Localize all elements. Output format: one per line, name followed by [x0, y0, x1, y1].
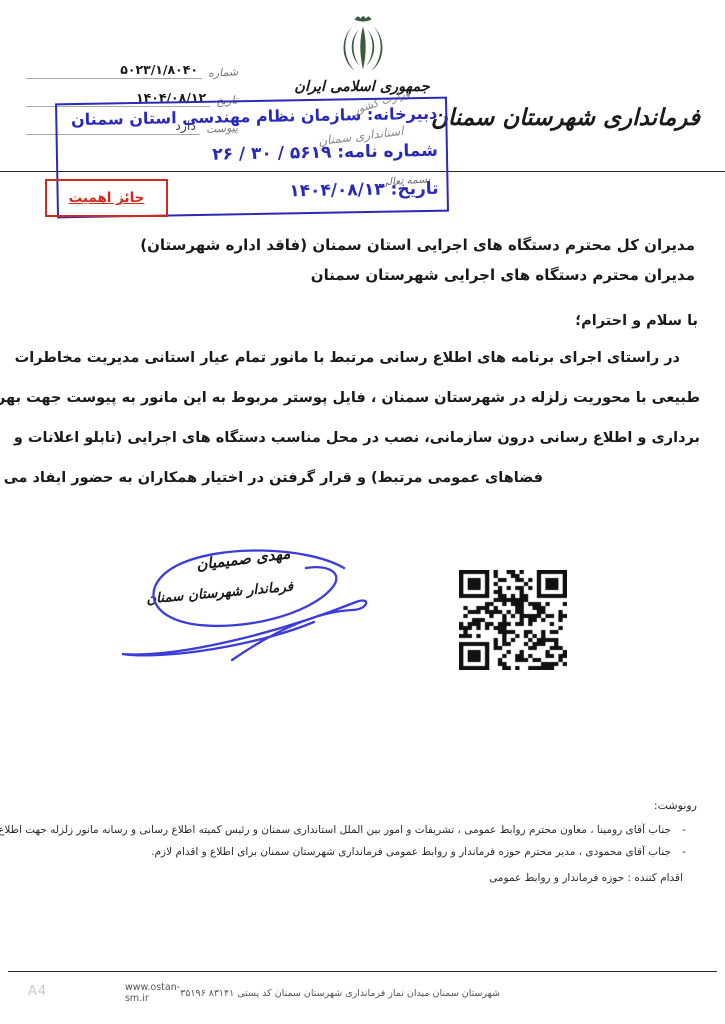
stamp-secretariat-line: دبیرخانه: سازمان نظام مهندسی استان سمنان [63, 104, 437, 130]
recipient-line-2: مدیران محترم دستگاه های اجرایی شهرستان س… [140, 260, 695, 290]
handwritten-signature-icon [106, 540, 378, 668]
emblem-caption: جمهوری اسلامی ایران [262, 78, 462, 95]
body-line-2: طبیعی با محوریت زلزله در شهرستان سمنان ،… [28, 378, 700, 418]
cc-bullet: - [671, 819, 697, 841]
cc-heading: رونوشت: [55, 799, 697, 812]
recipients-block: مدیران کل محترم دستگاه های اجرایی استان … [140, 230, 695, 290]
org-title: فرمانداری شهرستان سمنان [431, 104, 700, 131]
footer-address: شهرستان سمنان میدان نماز فرمانداری شهرست… [180, 988, 500, 999]
letter-body: در راستای اجرای برنامه های اطلاع رسانی م… [28, 338, 700, 498]
body-line-1: در راستای اجرای برنامه های اطلاع رسانی م… [28, 338, 700, 378]
cc-item-1: - جناب آقای رومینا ، معاون محترم روابط ع… [55, 819, 697, 841]
importance-badge-text: حائز اهمیت [69, 190, 145, 206]
recipient-line-1: مدیران کل محترم دستگاه های اجرایی استان … [140, 230, 695, 260]
cc-section: رونوشت: - جناب آقای رومینا ، معاون محترم… [55, 799, 697, 863]
salutation: با سلام و احترام؛ [575, 313, 698, 329]
qr-code [459, 570, 567, 670]
field-row-number: شماره ۵۰۲۳/۱/۸۰۴۰ [26, 62, 238, 79]
footer-divider-line [8, 971, 717, 972]
iran-emblem-icon [330, 12, 396, 78]
footer-website: www.ostan-sm.ir [125, 982, 180, 1004]
cc-bullet: - [671, 841, 697, 863]
number-label: شماره [208, 65, 239, 80]
cc-item-1-text: جناب آقای رومینا ، معاون محترم روابط عمو… [0, 819, 671, 841]
number-value: ۵۰۲۳/۱/۸۰۴۰ [26, 62, 202, 79]
importance-badge: حائز اهمیت [45, 179, 168, 217]
body-line-4: فضاهای عمومی مرتبط) و قرار گرفتن در اختی… [28, 458, 700, 498]
footer: شهرستان سمنان میدان نماز فرمانداری شهرست… [128, 982, 500, 1004]
paper-size-label: A4 [28, 984, 47, 999]
cc-item-2-text: جناب آقای محمودی ، مدیر محترم حوزه فرمان… [151, 841, 671, 863]
cc-item-2: - جناب آقای محمودی ، مدیر محترم حوزه فرم… [55, 841, 697, 863]
stamp-letter-number: شماره نامه: ۵۶۱۹ / ۳۰ / ۲۶ [64, 141, 438, 168]
body-line-3: برداری و اطلاع رسانی درون سازمانی، نصب د… [28, 418, 700, 458]
action-handler-line: اقدام کننده : حوزه فرماندار و روابط عموم… [489, 872, 683, 884]
scanned-letter-page: جمهوری اسلامی ایران فرمانداری شهرستان سم… [0, 0, 725, 1024]
